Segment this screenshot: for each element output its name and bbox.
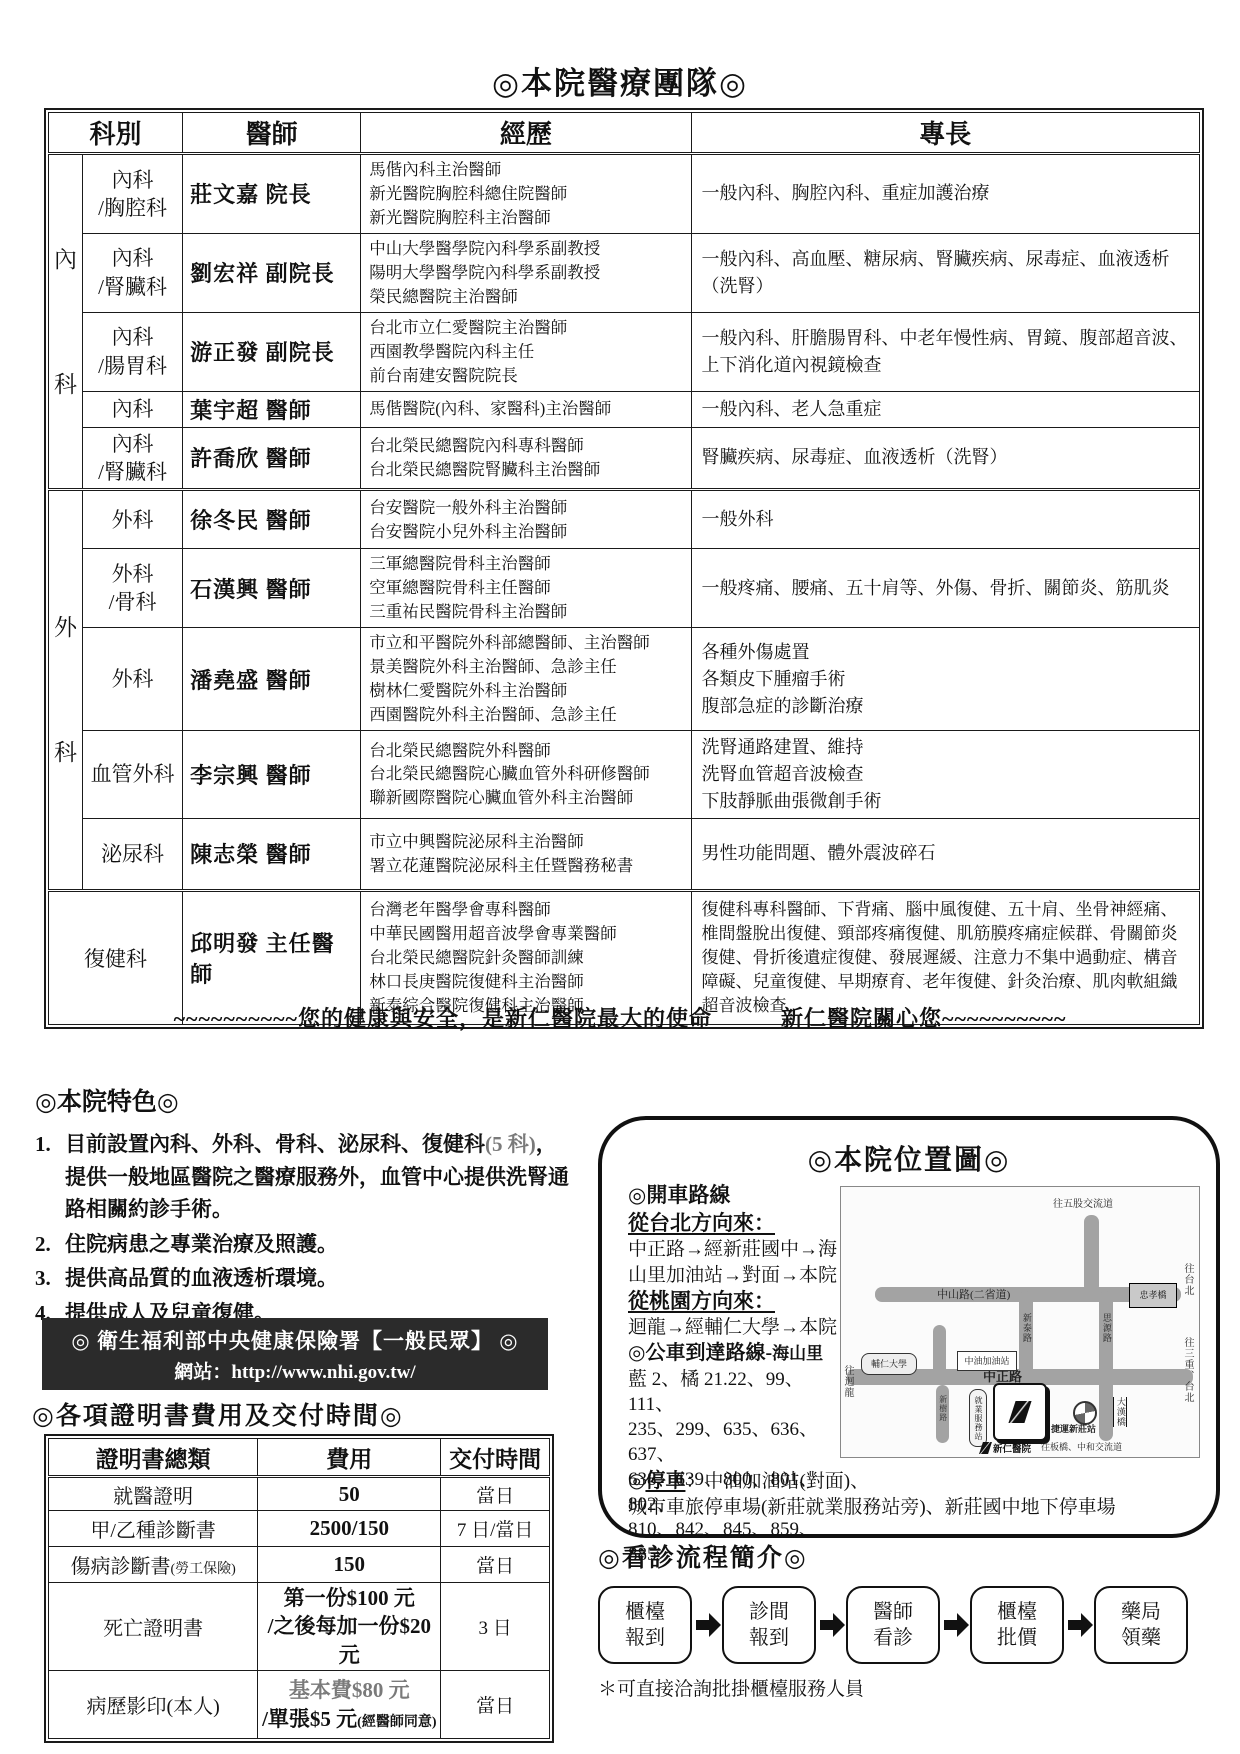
specialty-cell: 腎臟疾病、尿毒症、血液透析（洗腎） [691, 427, 1199, 490]
parking-mark: ◎ [628, 1470, 645, 1492]
map-label-siyuan-rd: 思源路 [1101, 1313, 1111, 1343]
specialty-cell: 男性功能問題、體外震波碎石 [691, 818, 1199, 890]
dept-cell: 內科 /腸胃科 [83, 312, 183, 391]
location-panel: ◎本院位置圖◎ ◎開車路線 從台北方向來： 中正路→經新莊國中→海山里加油站→對… [598, 1116, 1220, 1538]
nhi-banner-title: ◎ 衛生福利部中央健康保險署【一般民眾】 ◎ [42, 1325, 548, 1355]
table-row: 內科 /腎臟科 許喬欣 醫師 台北榮民總醫院內科專科醫師 台北榮民總醫院腎臟科主… [49, 427, 1200, 490]
dept-cell: 內科 /腎臟科 [83, 427, 183, 490]
col-header-dept: 科別 [49, 113, 183, 154]
map-bridge-box: 忠孝橋 [1129, 1283, 1177, 1308]
table-row: 內科 /腸胃科 游正發 副院長 台北市立仁愛醫院主治醫師 西園教學醫院內科主任 … [49, 312, 1200, 391]
fees-row: 甲/乙種診斷書 2500/150 7 日/當日 [49, 1511, 550, 1547]
map-label-xinshu-rd: 新樹路 [938, 1395, 947, 1422]
dept-cell: 外科 /骨科 [83, 549, 183, 628]
nhi-website-url[interactable]: http://www.nhi.gov.tw/ [231, 1362, 415, 1383]
experience-cell: 台北榮民總醫院內科專科醫師 台北榮民總醫院腎臟科主治醫師 [361, 427, 691, 490]
nhi-banner: ◎ 衛生福利部中央健康保險署【一般民眾】 ◎ 網站：http://www.nhi… [42, 1318, 548, 1390]
experience-cell: 三軍總醫院骨科主治醫師 空軍總醫院骨科主任醫師 三重祐民醫院骨科主治醫師 [361, 549, 691, 628]
table-row: 泌尿科 陳志榮 醫師 市立中興醫院泌尿科主治醫師 署立花蓮醫院泌尿科主任暨醫務秘… [49, 818, 1200, 890]
experience-cell: 馬偕醫院(內科、家醫科)主治醫師 [361, 391, 691, 427]
table-row: 內科 /腎臟科 劉宏祥 副院長 中山大學醫學院內科學系副教授 陽明大學醫學院內科… [49, 233, 1200, 312]
parking-text: ：中油加油站(對面)、 [685, 1471, 869, 1492]
flow-step-counter-checkin: 櫃檯 報到 [598, 1586, 692, 1664]
page-title: ◎本院醫療團隊◎ [0, 58, 1240, 103]
feature-number: 3. [35, 1262, 65, 1295]
mrt-logo-icon [1073, 1401, 1097, 1425]
from-taipei-route: 中正路→經新莊國中→海山里加油站→對面→本院 [628, 1237, 846, 1287]
map-label-to-taipei: 往台北 [1182, 1263, 1193, 1296]
dept-cell: 泌尿科 [83, 818, 183, 890]
group-cell-internal-medicine: 內 科 [49, 154, 83, 490]
parking-text-2: 城市車旅停車場(新莊就業服務站旁)、新莊國中地下停車場 [628, 1492, 1203, 1519]
map-label-to-wugu: 往五股交流道 [1053, 1199, 1113, 1210]
table-row: 內 科 內科 /胸腔科 莊文嘉 院長 馬偕內科主治醫師 新光醫院胸腔科總住院醫師… [49, 154, 1200, 234]
dept-cell: 外科 [83, 490, 183, 549]
arrow-right-icon [692, 1613, 722, 1637]
from-taipei-label: 從台北方向來： [628, 1210, 846, 1238]
map-employment-office-box: 就業服務站 [969, 1389, 987, 1447]
feature-number: 1. [35, 1128, 65, 1226]
specialty-cell: 洗腎通路建置、維持 洗腎血管超音波檢查 下肢靜脈曲張微創手術 [691, 730, 1199, 818]
features-title: ◎本院特色◎ [35, 1082, 573, 1118]
drive-route-heading: ◎開車路線 [628, 1182, 846, 1210]
certificate-type: 死亡證明書 [49, 1583, 258, 1671]
certificate-fee: 第一份$100 元 /之後每加一份$20 元 [258, 1583, 441, 1671]
fees-row: 就醫證明 50 當日 [49, 1477, 550, 1511]
table-row: 外科 /骨科 石漢興 醫師 三軍總醫院骨科主治醫師 空軍總醫院骨科主任醫師 三重… [49, 549, 1200, 628]
feature-text: 目前設置內科、外科、骨科、泌尿科、復健科 [65, 1132, 485, 1156]
certificate-fee-note: (經醫師同意) [357, 1715, 436, 1730]
col-header-doctor: 醫師 [183, 113, 361, 154]
certificate-fee-base: 基本費$80 元 [289, 1678, 410, 1702]
specialty-cell: 一般疼痛、腰痛、五十肩等、外傷、骨折、關節炎、筋肌炎 [691, 549, 1199, 628]
delivery-time: 7 日/當日 [441, 1511, 550, 1547]
fees-row: 傷病診斷書(勞工保險) 150 當日 [49, 1547, 550, 1583]
col-header-experience: 經歷 [361, 113, 691, 154]
experience-cell: 馬偕內科主治醫師 新光醫院胸腔科總住院醫師 新光醫院胸腔科主治醫師 [361, 154, 691, 234]
flow-step-pharmacy-pickup: 藥局 領藥 [1094, 1586, 1188, 1664]
dept-cell: 外科 [83, 628, 183, 731]
team-table: 科別 醫師 經歷 專長 內 科 內科 /胸腔科 莊文嘉 院長 馬偕內科主治醫師 … [44, 108, 1204, 1029]
doctor-cell: 石漢興 醫師 [183, 549, 361, 628]
fees-col-type: 證明書總類 [49, 1439, 258, 1477]
delivery-time: 當日 [441, 1477, 550, 1511]
map-label-mrt-station: 捷運新莊站 [1051, 1425, 1096, 1435]
dept-cell: 內科 /腎臟科 [83, 233, 183, 312]
flow-step-doctor-visit: 醫師 看診 [846, 1586, 940, 1664]
doctor-cell: 陳志榮 醫師 [183, 818, 361, 890]
arrow-right-icon [940, 1613, 970, 1637]
dept-cell: 內科 /胸腔科 [83, 154, 183, 234]
specialty-cell: 一般外科 [691, 490, 1199, 549]
experience-cell: 台北榮民總醫院外科醫師 台北榮民總醫院心臟血管外科研修醫師 聯新國際醫院心臟血管… [361, 730, 691, 818]
experience-cell: 台安醫院一般外科主治醫師 台安醫院小兒外科主治醫師 [361, 490, 691, 549]
table-header-row: 科別 醫師 經歷 專長 [49, 113, 1200, 154]
table-row: 外科 潘堯盛 醫師 市立和平醫院外科部總醫師、主治醫師 景美醫院外科主治醫師、急… [49, 628, 1200, 731]
fees-header-row: 證明書總類 費用 交付時間 [49, 1439, 550, 1477]
delivery-time: 3 日 [441, 1583, 550, 1671]
dept-cell: 血管外科 [83, 730, 183, 818]
table-row: 內科 葉宇超 醫師 馬偕醫院(內科、家醫科)主治醫師 一般內科、老人急重症 [49, 391, 1200, 427]
specialty-cell: 各種外傷處置 各類皮下腫瘤手術 腹部急症的診斷治療 [691, 628, 1199, 731]
doctor-cell: 游正發 副院長 [183, 312, 361, 391]
specialty-cell: 一般內科、胸腔內科、重症加護治療 [691, 154, 1199, 234]
fees-row: 病歷影印(本人) 基本費$80 元/單張$5 元(經醫師同意) 當日 [49, 1671, 550, 1739]
specialty-cell: 一般內科、肝膽腸胃科、中老年慢性病、胃鏡、腹部超音波、上下消化道內視鏡檢查 [691, 312, 1199, 391]
visit-flow-title: ◎看診流程簡介◎ [598, 1538, 1218, 1574]
certificate-fee: 50 [258, 1477, 441, 1511]
certificate-type: 就醫證明 [49, 1477, 258, 1511]
certificate-type: 病歷影印(本人) [49, 1671, 258, 1739]
map-label-to-huilong: 往迴龍 [842, 1365, 853, 1398]
group-cell-surgery: 外 科 [49, 490, 83, 891]
document-page: ◎本院醫療團隊◎ 科別 醫師 經歷 專長 內 科 內科 /胸腔科 莊文嘉 院長 … [0, 0, 1240, 1754]
location-title: ◎本院位置圖◎ [602, 1138, 1216, 1178]
arrow-right-icon [816, 1613, 846, 1637]
hospital-building-marker [993, 1383, 1047, 1441]
doctor-cell: 潘堯盛 醫師 [183, 628, 361, 731]
fees-col-fee: 費用 [258, 1439, 441, 1477]
fees-table: 證明書總類 費用 交付時間 就醫證明 50 當日 甲/乙種診斷書 2500/15… [44, 1434, 554, 1743]
tagline: ~~~~~~~~~~您的健康與安全，是新仁醫院最大的使命 新仁醫院關心您~~~~… [0, 1002, 1240, 1033]
dept-cell: 內科 [83, 391, 183, 427]
map-label-zhongshan-rd: 中山路(二省道) [937, 1289, 1010, 1301]
feature-text: 住院病患之專業治療及照護。 [65, 1228, 573, 1261]
table-row: 外 科 外科 徐冬民 醫師 台安醫院一般外科主治醫師 台安醫院小兒外科主治醫師 … [49, 490, 1200, 549]
flow-step-room-checkin: 診間 報到 [722, 1586, 816, 1664]
specialty-cell: 一般內科、高血壓、糖尿病、腎臟疾病、尿毒症、血液透析（洗腎） [691, 233, 1199, 312]
certificate-fee: 150 [258, 1547, 441, 1583]
doctor-cell: 徐冬民 醫師 [183, 490, 361, 549]
hospital-logo-icon-small [979, 1442, 992, 1454]
experience-cell: 中山大學醫學院內科學系副教授 陽明大學醫學院內科學系副教授 榮民總醫院主治醫師 [361, 233, 691, 312]
feature-item: 3. 提供高品質的血液透析環境。 [35, 1262, 573, 1295]
visit-flow-steps: 櫃檯 報到 診間 報到 醫師 看診 櫃檯 批價 藥局 領藥 [598, 1586, 1218, 1664]
doctor-cell: 李宗興 醫師 [183, 730, 361, 818]
location-map: 往五股交流道 中山路(二省道) 忠孝橋 往台北 新泰路 思源路 中正路 輔仁大學… [840, 1186, 1200, 1458]
flow-step-counter-payment: 櫃檯 批價 [970, 1586, 1064, 1664]
experience-cell: 台北市立仁愛醫院主治醫師 西園教學醫院內科主任 前台南建安醫院院長 [361, 312, 691, 391]
doctor-cell: 劉宏祥 副院長 [183, 233, 361, 312]
features-section: ◎本院特色◎ 1. 目前設置內科、外科、骨科、泌尿科、復健科(5 科)，提供一般… [35, 1082, 573, 1331]
feature-item: 2. 住院病患之專業治療及照護。 [35, 1228, 573, 1261]
delivery-time: 當日 [441, 1547, 550, 1583]
from-taoyuan-label: 從桃園方向來： [628, 1288, 846, 1316]
fees-col-time: 交付時間 [441, 1439, 550, 1477]
arrow-right-icon [1064, 1613, 1094, 1637]
delivery-time: 當日 [441, 1671, 550, 1739]
certificate-fee-per-page: /單張$5 元 [262, 1707, 357, 1731]
map-label-xintai-rd: 新泰路 [1021, 1313, 1031, 1343]
certificate-fee: 2500/150 [258, 1511, 441, 1547]
doctor-cell: 許喬欣 醫師 [183, 427, 361, 490]
map-label-dahan-bridge: 大漢橋 [1113, 1397, 1127, 1427]
from-taoyuan-route: 迴龍→經輔仁大學→本院 [628, 1315, 846, 1340]
map-label-to-sanchong: 往三重、台北 [1182, 1337, 1193, 1403]
col-header-specialty: 專長 [691, 113, 1199, 154]
nhi-website-label: 網站： [174, 1362, 231, 1383]
doctor-cell: 葉宇超 醫師 [183, 391, 361, 427]
hospital-caption: 新仁醫院 [981, 1441, 1031, 1455]
experience-cell: 市立和平醫院外科部總醫師、主治醫師 景美醫院外科主治醫師、急診主任 樹林仁愛醫院… [361, 628, 691, 731]
road-to-wugu [1084, 1215, 1099, 1293]
table-row: 血管外科 李宗興 醫師 台北榮民總醫院外科醫師 台北榮民總醫院心臟血管外科研修醫… [49, 730, 1200, 818]
fees-title: ◎各項證明書費用及交付時間◎ [32, 1396, 404, 1432]
bus-heading: ◎公車到達路線- [628, 1342, 772, 1364]
hospital-logo-icon [1008, 1401, 1031, 1423]
fees-row: 死亡證明書 第一份$100 元 /之後每加一份$20 元 3 日 [49, 1583, 550, 1671]
doctor-cell: 莊文嘉 院長 [183, 154, 361, 234]
visit-flow-section: ◎看診流程簡介◎ 櫃檯 報到 診間 報到 醫師 看診 櫃檯 批價 藥局 領藥 ＊… [598, 1538, 1218, 1701]
certificate-type: 傷病診斷書 [70, 1556, 170, 1578]
visit-flow-note: ＊可直接洽詢批掛櫃檯服務人員 [598, 1674, 1218, 1701]
parking-label: 停車 [645, 1470, 685, 1492]
feature-number: 2. [35, 1228, 65, 1261]
map-gas-station-box: 中油加油站 [957, 1351, 1017, 1371]
map-fujen-university-box: 輔仁大學 [861, 1353, 917, 1375]
feature-text: 提供高品質的血液透析環境。 [65, 1262, 573, 1295]
certificate-type-note: (勞工保險) [170, 1562, 235, 1577]
feature-text-gray: (5 科) [485, 1132, 536, 1156]
specialty-cell: 一般內科、老人急重症 [691, 391, 1199, 427]
map-label-to-banqiao: 往板橋、中和交流道 [1041, 1443, 1122, 1453]
certificate-type: 甲/乙種診斷書 [49, 1511, 258, 1547]
bus-heading-area: 海山里 [772, 1344, 823, 1363]
feature-item: 1. 目前設置內科、外科、骨科、泌尿科、復健科(5 科)，提供一般地區醫院之醫療… [35, 1128, 573, 1226]
experience-cell: 市立中興醫院泌尿科主治醫師 署立花蓮醫院泌尿科主任暨醫務秘書 [361, 818, 691, 890]
